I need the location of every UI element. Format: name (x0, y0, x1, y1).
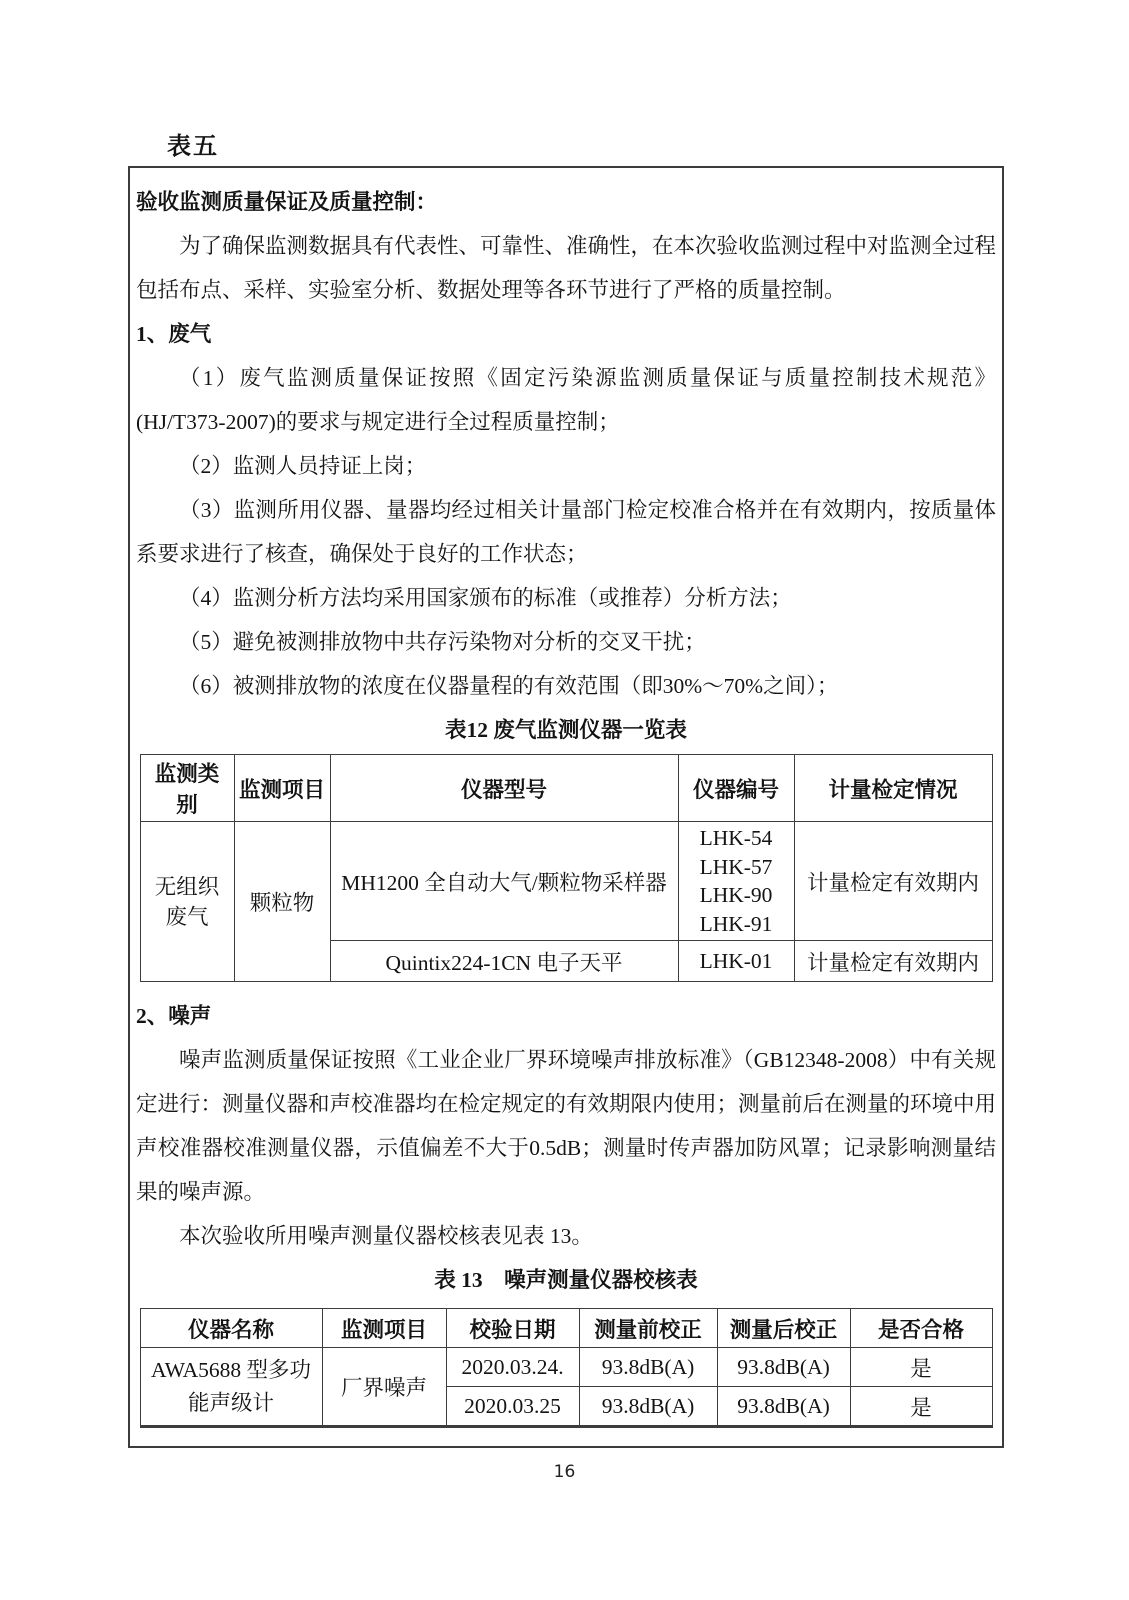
section-1-item-2: （2）监测人员持证上岗； (136, 444, 996, 488)
table-13-header-row: 仪器名称 监测项目 校验日期 测量前校正 测量后校正 是否合格 (140, 1309, 992, 1348)
section-2-heading: 2、噪声 (136, 994, 996, 1038)
status-cell: 计量检定有效期内 (794, 941, 992, 982)
serial-cell: LHK-01 (678, 941, 794, 982)
date-cell: 2020.03.24. (446, 1348, 579, 1387)
column-header-model: 仪器型号 (330, 755, 678, 822)
column-header-before: 测量前校正 (579, 1309, 717, 1348)
column-header-after: 测量后校正 (717, 1309, 850, 1348)
qa-intro-paragraph: 为了确保监测数据具有代表性、可靠性、准确性，在本次验收监测过程中对监测全过程包括… (136, 224, 996, 312)
status-cell: 计量检定有效期内 (794, 822, 992, 941)
table-row: 无组织 废气 颗粒物 MH1200 全自动大气/颗粒物采样器 LHK-54 LH… (140, 822, 992, 941)
before-cell: 93.8dB(A) (579, 1387, 717, 1427)
page-number: 16 (0, 1462, 1129, 1482)
serial-cell: LHK-54 LHK-57 LHK-90 LHK-91 (678, 822, 794, 941)
item-cell: 厂界噪声 (322, 1348, 446, 1427)
column-header-item: 监测项目 (322, 1309, 446, 1348)
section-2-paragraph: 噪声监测质量保证按照《工业企业厂界环境噪声排放标准》（GB12348-2008）… (136, 1038, 996, 1214)
column-header-status: 计量检定情况 (794, 755, 992, 822)
table-row: AWA5688 型多功 能声级计 厂界噪声 2020.03.24. 93.8dB… (140, 1348, 992, 1387)
pass-cell: 是 (850, 1348, 992, 1387)
column-header-pass: 是否合格 (850, 1309, 992, 1348)
item-cell: 颗粒物 (234, 822, 330, 982)
serial-line: LHK-57 (683, 853, 790, 882)
after-cell: 93.8dB(A) (717, 1348, 850, 1387)
model-cell: MH1200 全自动大气/颗粒物采样器 (330, 822, 678, 941)
table-12-header-row: 监测类别 监测项目 仪器型号 仪器编号 计量检定情况 (140, 755, 992, 822)
doc-label: 表五 (167, 126, 219, 161)
table-12-title: 表12 废气监测仪器一览表 (136, 708, 996, 752)
section-1-heading: 1、废气 (136, 312, 996, 356)
section-1-item-6: （6）被测排放物的浓度在仪器量程的有效范围（即30%～70%之间）； (136, 664, 996, 708)
section-2-note: 本次验收所用噪声测量仪器校核表见表 13。 (136, 1214, 996, 1258)
after-cell: 93.8dB(A) (717, 1387, 850, 1427)
section-1-item-5: （5）避免被测排放物中共存污染物对分析的交叉干扰； (136, 620, 996, 664)
column-header-item: 监测项目 (234, 755, 330, 822)
before-cell: 93.8dB(A) (579, 1348, 717, 1387)
serial-line: LHK-91 (683, 910, 790, 939)
column-header-category: 监测类别 (140, 755, 234, 822)
instrument-cell: AWA5688 型多功 能声级计 (140, 1348, 322, 1427)
section-1-item-3: （3）监测所用仪器、量器均经过相关计量部门检定校准合格并在有效期内，按质量体系要… (136, 488, 996, 576)
column-header-serial: 仪器编号 (678, 755, 794, 822)
serial-line: LHK-90 (683, 881, 790, 910)
serial-line: LHK-54 (683, 824, 790, 853)
column-header-date: 校验日期 (446, 1309, 579, 1348)
section-1-item-4: （4）监测分析方法均采用国家颁布的标准（或推荐）分析方法； (136, 576, 996, 620)
pass-cell: 是 (850, 1387, 992, 1427)
column-header-instrument: 仪器名称 (140, 1309, 322, 1348)
table-13: 仪器名称 监测项目 校验日期 测量前校正 测量后校正 是否合格 AWA5688 … (140, 1308, 993, 1428)
category-cell: 无组织 废气 (140, 822, 234, 982)
document-page: 表五 验收监测质量保证及质量控制： 为了确保监测数据具有代表性、可靠性、准确性，… (0, 0, 1129, 1600)
table-13-title: 表 13 噪声测量仪器校核表 (136, 1258, 996, 1302)
content-box: 验收监测质量保证及质量控制： 为了确保监测数据具有代表性、可靠性、准确性，在本次… (128, 166, 1004, 1448)
section-1-item-1: （1）废气监测质量保证按照《固定污染源监测质量保证与质量控制技术规范》(HJ/T… (136, 356, 996, 444)
model-cell: Quintix224-1CN 电子天平 (330, 941, 678, 982)
date-cell: 2020.03.25 (446, 1387, 579, 1427)
table-12: 监测类别 监测项目 仪器型号 仪器编号 计量检定情况 无组织 废气 颗粒物 MH… (140, 754, 993, 982)
qa-heading: 验收监测质量保证及质量控制： (136, 180, 996, 224)
